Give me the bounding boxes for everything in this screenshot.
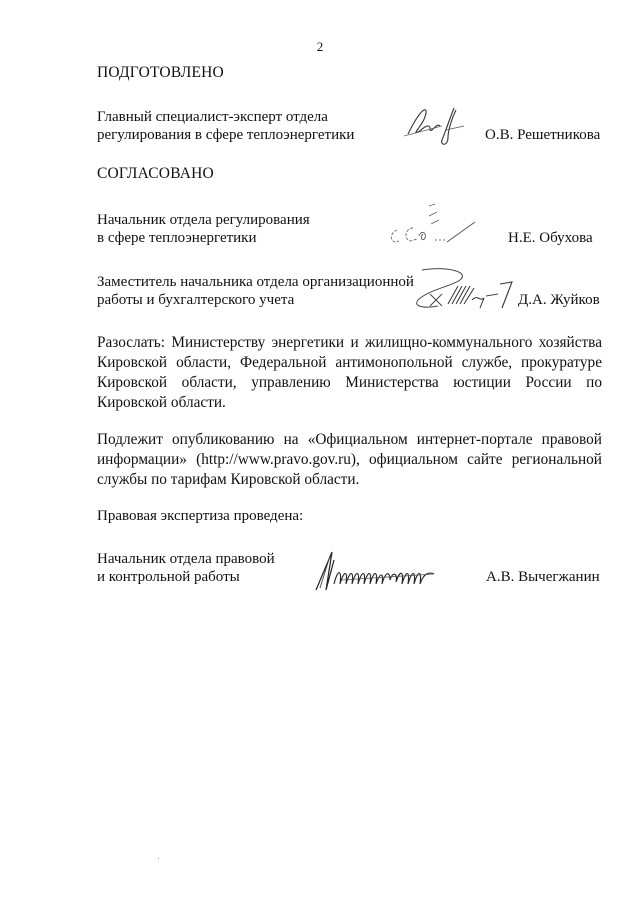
agreed-signer1-role-line1: Начальник отдела регулирования <box>97 211 310 229</box>
legal-review-role-line2: и контрольной работы <box>97 568 240 586</box>
agreed-signer2-role-line1: Заместитель начальника отдела организаци… <box>97 273 414 291</box>
signature-reshetnikova <box>402 104 472 148</box>
prepared-role-line2: регулирования в сфере теплоэнергетики <box>97 126 354 144</box>
agreed-signer1-role-line2: в сфере теплоэнергетики <box>97 229 257 247</box>
agreed-heading: СОГЛАСОВАНО <box>97 165 214 183</box>
publication-paragraph: Подлежит опубликованию на «Официальном и… <box>97 430 602 490</box>
publication-line: информации» (http://www.pravo.gov.ru), о… <box>97 450 602 470</box>
legal-review-heading: Правовая экспертиза проведена: <box>97 507 303 525</box>
agreed-signer1-name: Н.Е. Обухова <box>508 229 593 247</box>
publication-line: службы по тарифам Кировской области. <box>97 470 602 490</box>
publication-line: Подлежит опубликованию на «Официальном и… <box>97 430 602 450</box>
page-number: 2 <box>0 38 640 56</box>
distribution-line: Кировской области, Федеральной антимоноп… <box>97 353 602 373</box>
signature-zhuykov <box>408 266 518 312</box>
distribution-line: Разослать: Министерству энергетики и жил… <box>97 333 602 353</box>
scan-artifact-dot <box>158 858 159 859</box>
signature-obukhova <box>385 198 485 248</box>
legal-review-role-line1: Начальник отдела правовой <box>97 550 275 568</box>
distribution-paragraph: Разослать: Министерству энергетики и жил… <box>97 333 602 413</box>
prepared-role-line1: Главный специалист-эксперт отдела <box>97 108 328 126</box>
distribution-line: Кировской области. <box>97 393 602 413</box>
agreed-signer2-name: Д.А. Жуйков <box>518 291 600 309</box>
agreed-signer2-role-line2: работы и бухгалтерского учета <box>97 291 294 309</box>
prepared-heading: ПОДГОТОВЛЕНО <box>97 64 224 82</box>
signature-vychegzhanin <box>312 550 472 592</box>
legal-review-signer-name: А.В. Вычегжанин <box>486 568 600 586</box>
distribution-line: Кировской области, управлению Министерст… <box>97 373 602 393</box>
prepared-signer-name: О.В. Решетникова <box>485 126 600 144</box>
